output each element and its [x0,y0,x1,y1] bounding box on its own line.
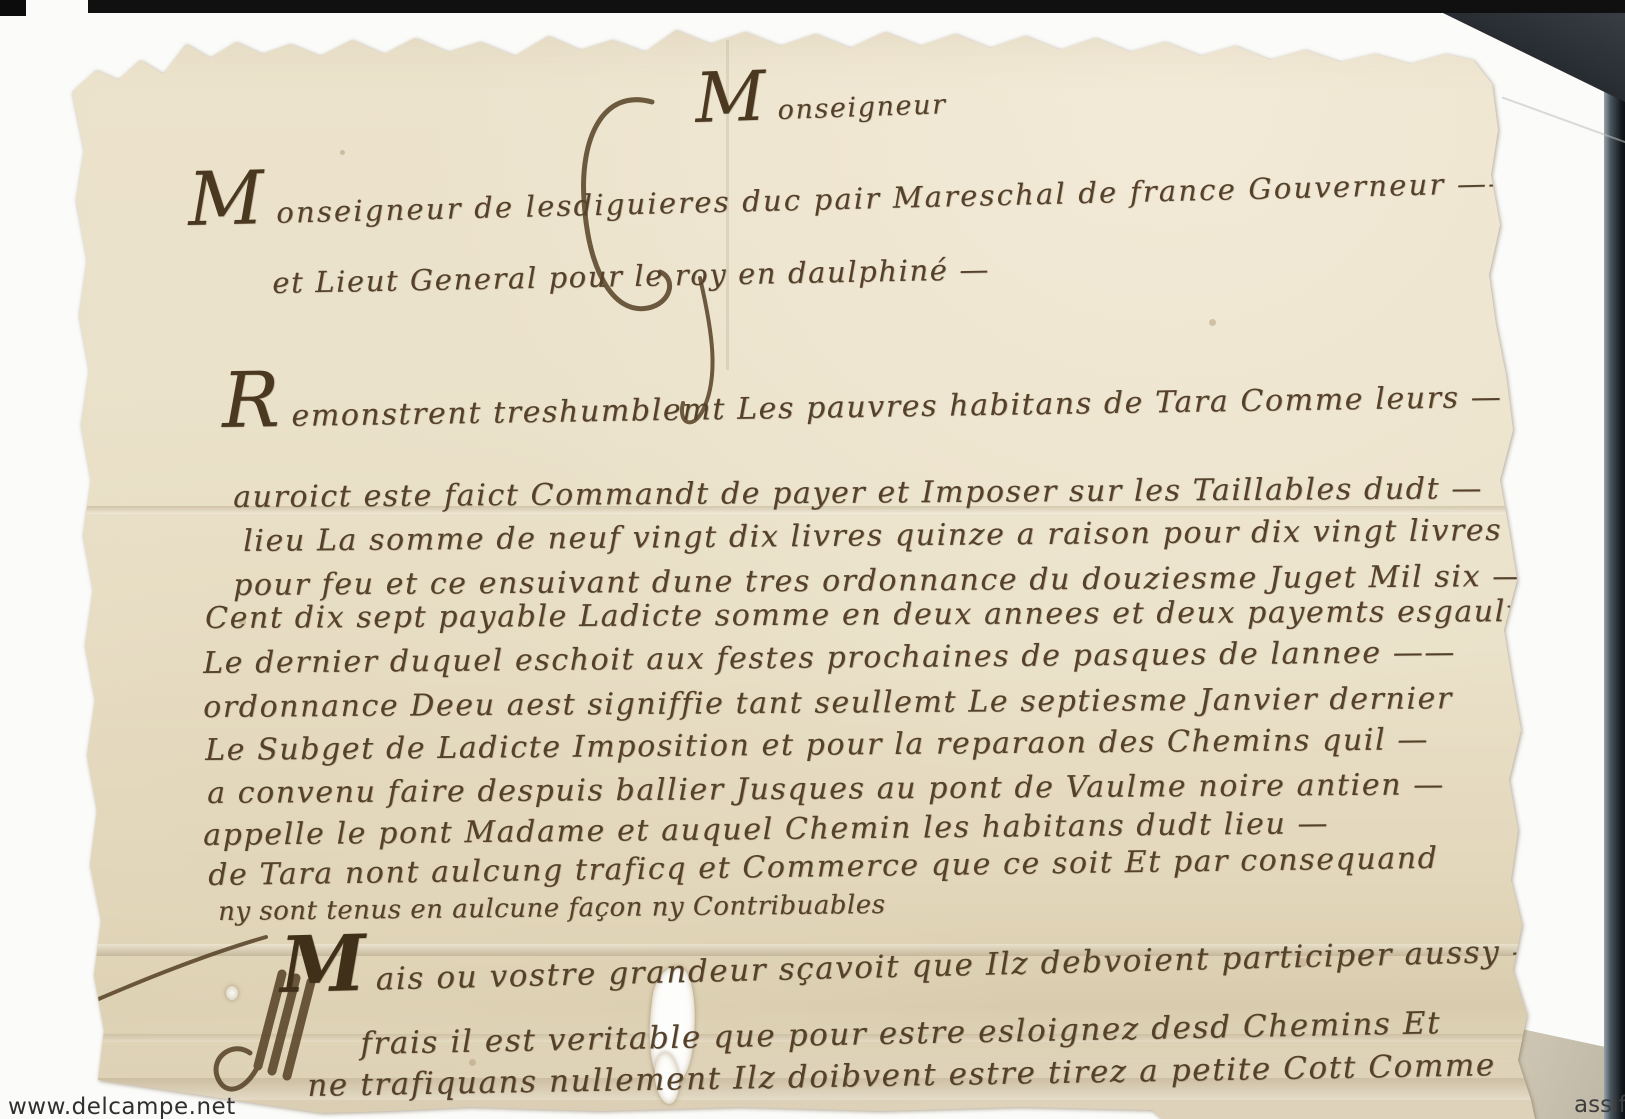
body-line: Le dernier duquel eschoit aux festes pro… [203,635,1456,681]
body-line: Cent dix sept payable Ladicte somme en d… [205,594,1524,636]
body-line: ordonnance Deeu aest signiffie tant seul… [203,681,1453,725]
manuscript-paper-wrap: Monseigneur Monseigneur de lesdiguieres … [0,0,1625,1119]
foxing-spots [340,150,345,155]
address-line: Monseigneur de lesdiguieres duc pair Mar… [188,165,1520,232]
scanner-edge-right [1604,0,1625,1119]
address-line: et Lieut General pour le roy en daulphin… [272,252,990,300]
body-line: Remonstrent treshumblemt Les pauvres hab… [222,380,1503,435]
scanner-edge-corner [0,0,26,16]
closing-initial-loop-icon [216,1049,258,1089]
paper-chip [226,986,238,1000]
body-line: Le Subget de Ladicte Imposition et pour … [205,722,1429,768]
body-line: lieu La somme de neuf vingt dix livres q… [243,513,1502,559]
scanned-manuscript-page: Monseigneur Monseigneur de lesdiguieres … [0,0,1625,1119]
manuscript-paper: Monseigneur Monseigneur de lesdiguieres … [0,0,1625,1119]
body-line: a convenu faire despuis ballier Jusques … [207,767,1445,811]
body-line: auroict este faict Commandt de payer et … [233,471,1483,515]
paraph-stroke-icon [64,937,266,1014]
watermark-seller: assif [1574,1092,1625,1118]
scanner-edge-top-bar [88,0,1625,13]
closing-line: Mais ou vostre grandeur sçavoit que Ilz … [280,932,1577,1000]
watermark-delcampe: www.delcampe.net [8,1094,236,1119]
salutation: Monseigneur [695,89,947,129]
